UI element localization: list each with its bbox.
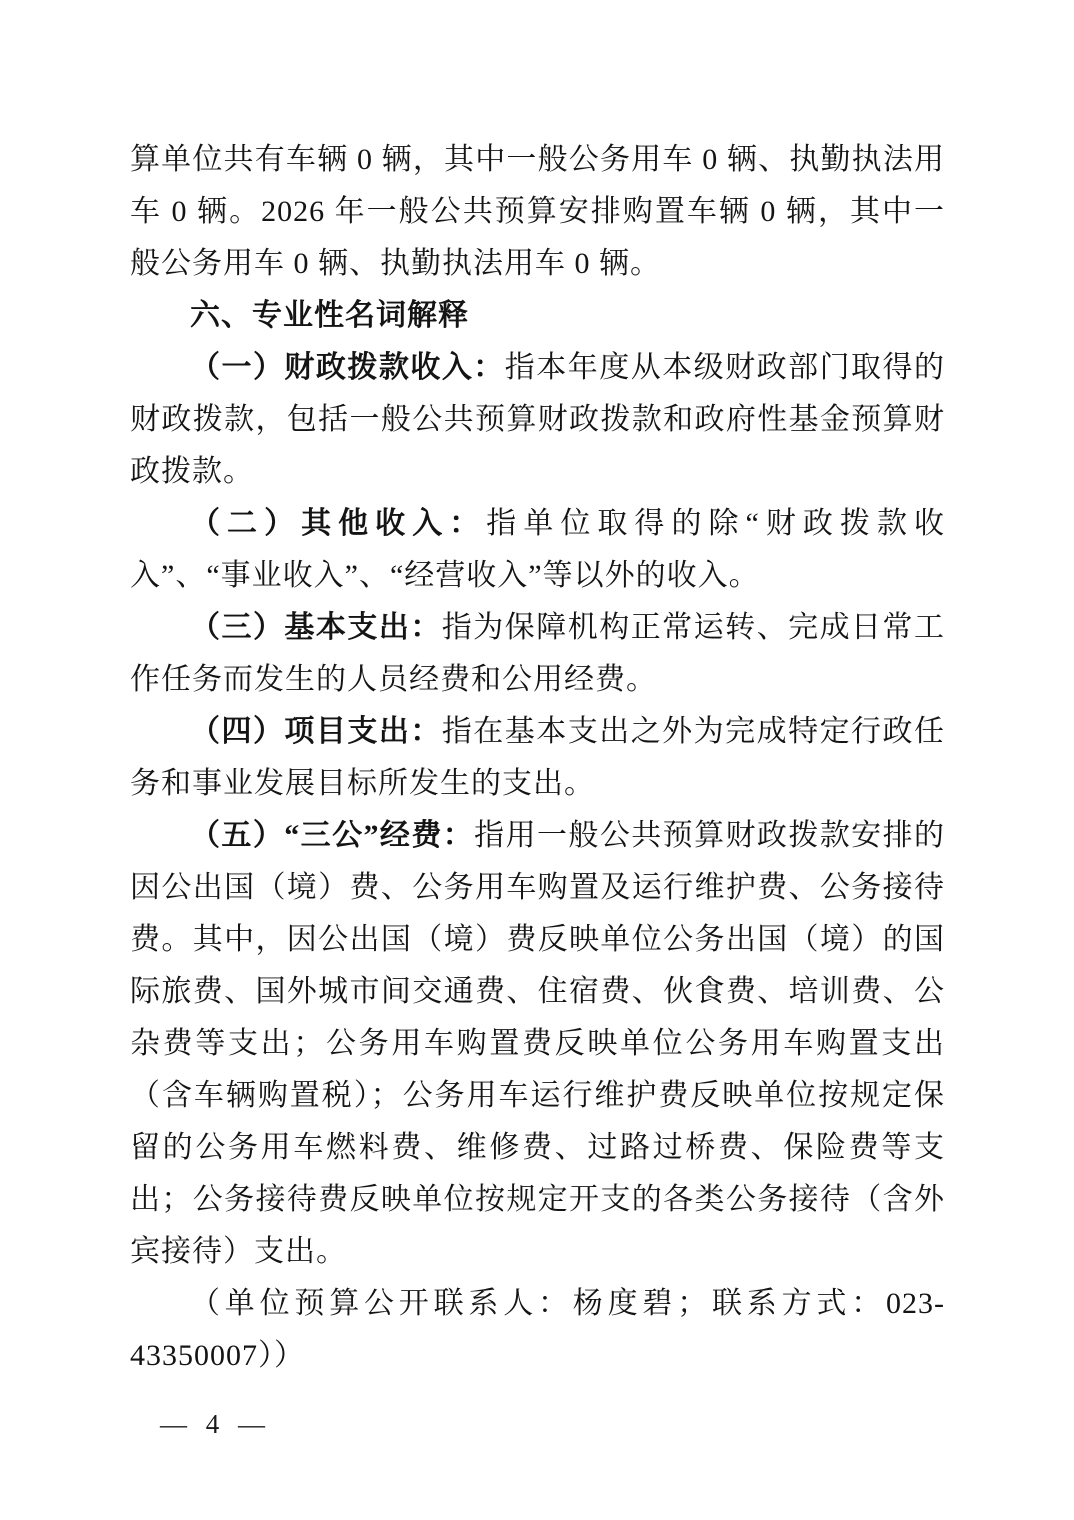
term-definition-5: 指用一般公共预算财政拨款安排的因公出国（境）费、公务用车购置及运行维护费、公务接…	[130, 819, 945, 1268]
document-body: 算单位共有车辆 0 辆，其中一般公务用车 0 辆、执勤执法用车 0 辆。2026…	[130, 134, 945, 1382]
term-item-3: （三）基本支出：指为保障机构正常运转、完成日常工作任务而发生的人员经费和公用经费…	[130, 602, 945, 706]
term-lead-1: （一）财政拨款收入：	[190, 351, 505, 384]
intro-paragraph: 算单位共有车辆 0 辆，其中一般公务用车 0 辆、执勤执法用车 0 辆。2026…	[130, 134, 945, 290]
term-lead-5: （五）“三公”经费：	[190, 819, 474, 852]
term-item-4: （四）项目支出：指在基本支出之外为完成特定行政任务和事业发展目标所发生的支出。	[130, 706, 945, 810]
section-heading: 六、专业性名词解释	[130, 290, 945, 342]
term-item-2: （二）其他收入：指单位取得的除“财政拨款收入”、“事业收入”、“经营收入”等以外…	[130, 498, 945, 602]
page-footer: — 4 —	[160, 1408, 271, 1440]
term-item-1: （一）财政拨款收入：指本年度从本级财政部门取得的财政拨款，包括一般公共预算财政拨…	[130, 342, 945, 498]
term-item-5: （五）“三公”经费：指用一般公共预算财政拨款安排的因公出国（境）费、公务用车购置…	[130, 810, 945, 1278]
contact-note: （单位预算公开联系人：杨度碧；联系方式：023-43350007））	[130, 1278, 945, 1382]
term-lead-4: （四）项目支出：	[190, 715, 442, 748]
document-page: 算单位共有车辆 0 辆，其中一般公务用车 0 辆、执勤执法用车 0 辆。2026…	[0, 0, 1074, 1520]
term-lead-3: （三）基本支出：	[190, 611, 442, 644]
term-lead-2: （二）其他收入：	[190, 507, 486, 540]
page-number: — 4 —	[160, 1409, 271, 1439]
